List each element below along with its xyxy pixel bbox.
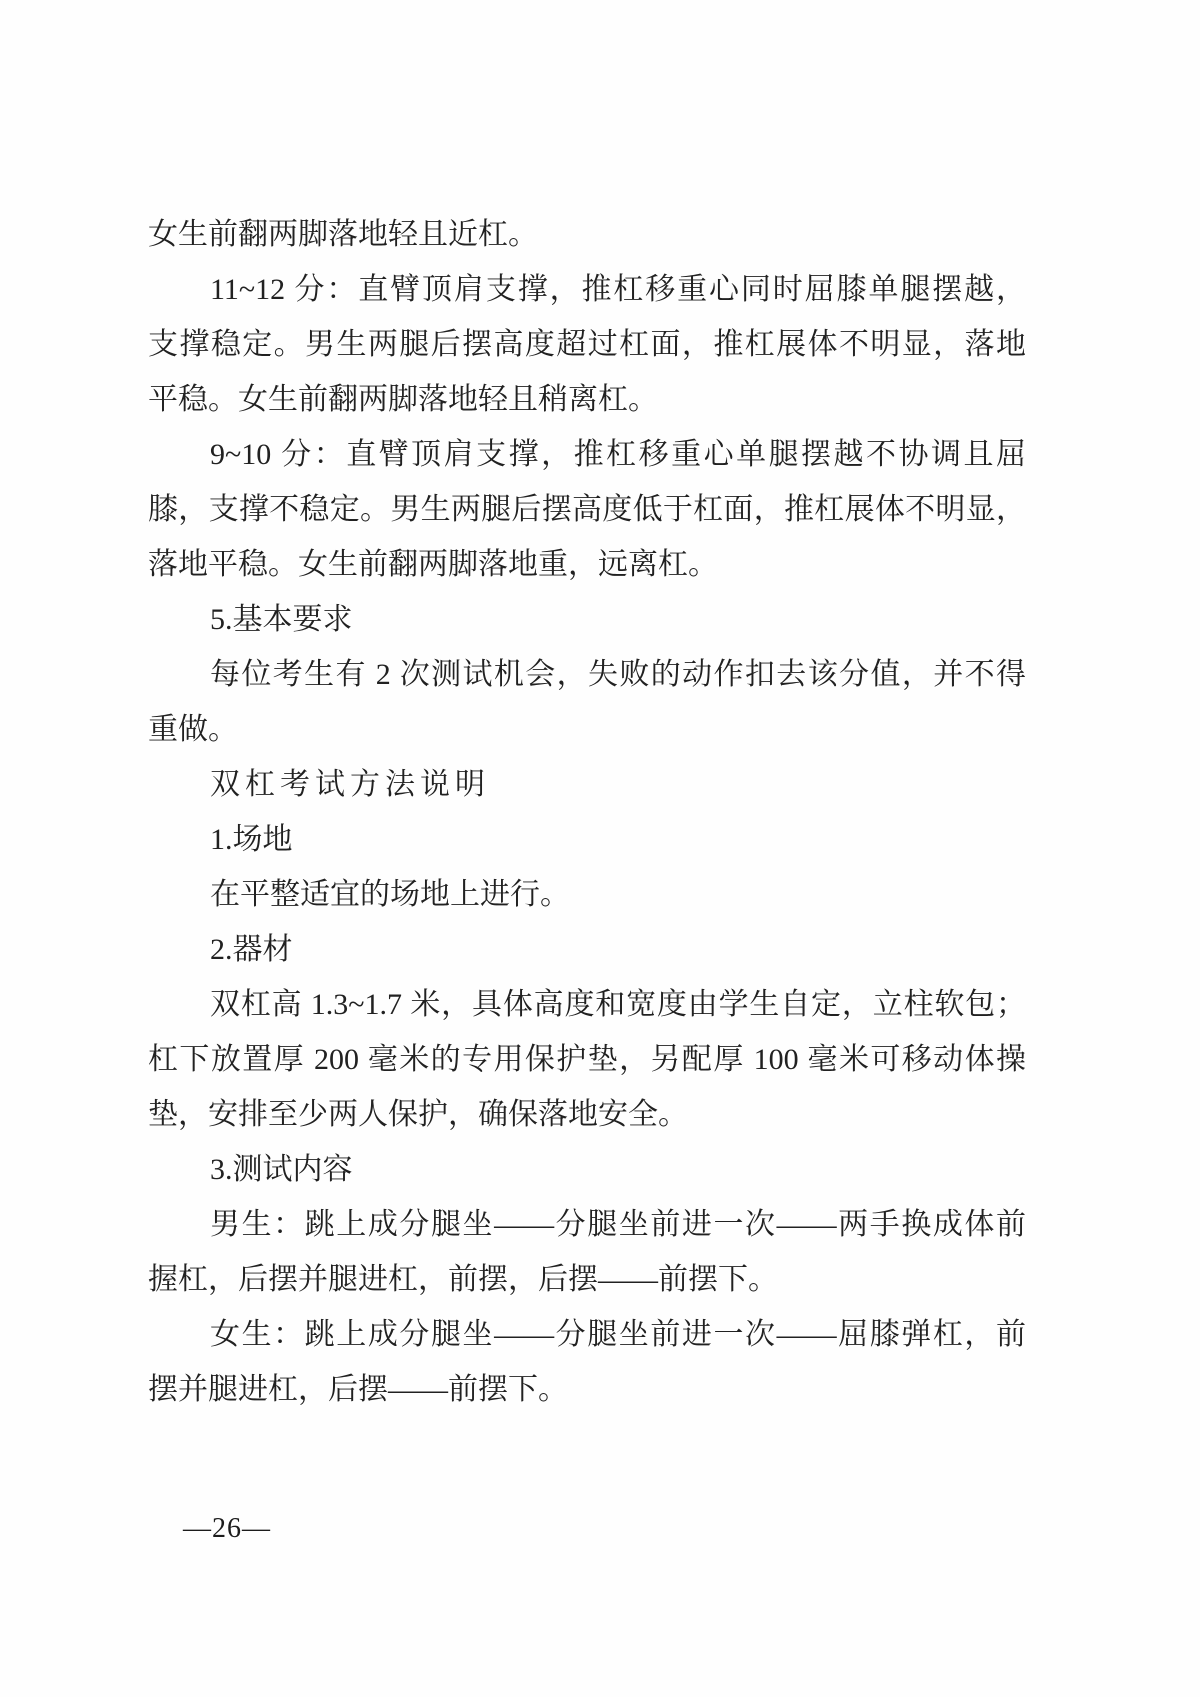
document-body: 女生前翻两脚落地轻且近杠。11~12 分：直臂顶肩支撑，推杠移重心同时屈膝单腿摆… [148,207,1026,1417]
text-line: 1.场地 [148,812,1026,867]
text-line: 落地平稳。女生前翻两脚落地重，远离杠。 [148,537,1026,592]
text-line: 重做。 [148,702,1026,757]
text-line: 在平整适宜的场地上进行。 [148,867,1026,922]
text-line: 双杠考试方法说明 [148,757,1026,812]
text-line: 摆并腿进杠，后摆——前摆下。 [148,1362,1026,1417]
text-line: 3.测试内容 [148,1142,1026,1197]
text-line: 女生前翻两脚落地轻且近杠。 [148,207,1026,262]
text-line: 双杠高 1.3~1.7 米，具体高度和宽度由学生自定，立柱软包； [148,977,1026,1032]
text-line: 垫，安排至少两人保护，确保落地安全。 [148,1087,1026,1142]
page-number: —26— [183,1512,271,1546]
text-line: 男生：跳上成分腿坐——分腿坐前进一次——两手换成体前 [148,1197,1026,1252]
text-line: 9~10 分：直臂顶肩支撑，推杠移重心单腿摆越不协调且屈 [148,427,1026,482]
text-line: 5.基本要求 [148,592,1026,647]
text-line: 11~12 分：直臂顶肩支撑，推杠移重心同时屈膝单腿摆越， [148,262,1026,317]
text-line: 2.器材 [148,922,1026,977]
text-line: 杠下放置厚 200 毫米的专用保护垫，另配厚 100 毫米可移动体操 [148,1032,1026,1087]
text-line: 膝，支撑不稳定。男生两腿后摆高度低于杠面，推杠展体不明显， [148,482,1026,537]
text-line: 握杠，后摆并腿进杠，前摆，后摆——前摆下。 [148,1252,1026,1307]
document-page: 女生前翻两脚落地轻且近杠。11~12 分：直臂顶肩支撑，推杠移重心同时屈膝单腿摆… [0,0,1200,1697]
text-line: 平稳。女生前翻两脚落地轻且稍离杠。 [148,372,1026,427]
text-line: 支撑稳定。男生两腿后摆高度超过杠面，推杠展体不明显，落地 [148,317,1026,372]
text-line: 每位考生有 2 次测试机会，失败的动作扣去该分值，并不得 [148,647,1026,702]
text-line: 女生：跳上成分腿坐——分腿坐前进一次——屈膝弹杠，前 [148,1307,1026,1362]
